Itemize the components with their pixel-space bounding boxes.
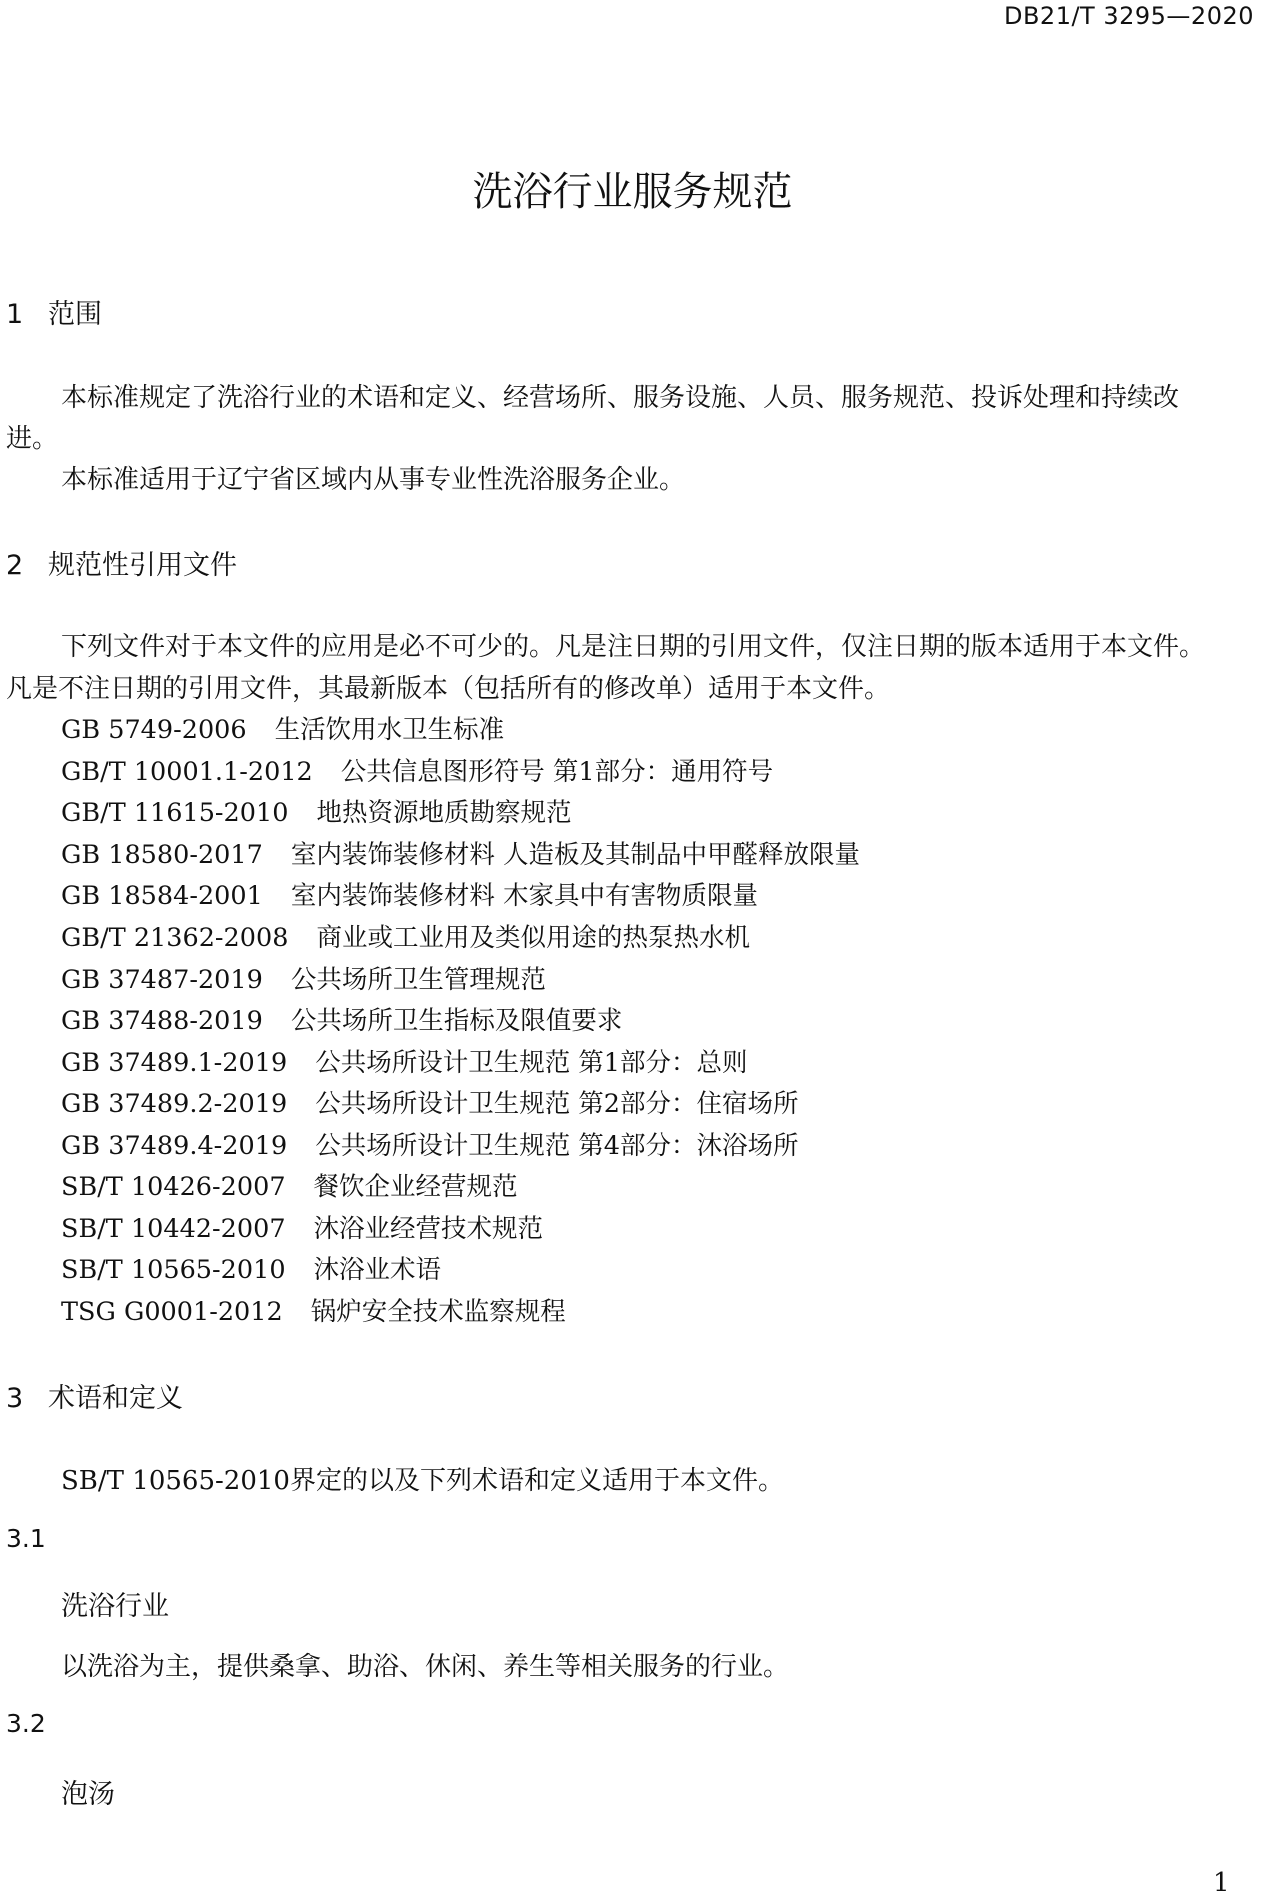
term-name: 洗浴行业 — [61, 1584, 169, 1623]
reference-title: 公共场所设计卫生规范 第2部分：住宿场所 — [315, 1089, 798, 1119]
reference-title: 室内装饰装修材料 人造板及其制品中甲醛释放限量 — [291, 840, 860, 870]
reference-item: GB 37488-2019公共场所卫生指标及限值要求 — [61, 1001, 622, 1037]
reference-code: SB/T 10565-2010 — [61, 1255, 286, 1285]
reference-item: GB 37489.2-2019公共场所设计卫生规范 第2部分：住宿场所 — [61, 1084, 799, 1120]
reference-title: 室内装饰装修材料 木家具中有害物质限量 — [291, 881, 758, 911]
paragraph: 本标准适用于辽宁省区域内从事专业性洗浴服务企业。 — [61, 459, 685, 496]
reference-item: SB/T 10442-2007沐浴业经营技术规范 — [61, 1209, 543, 1245]
section-number: 2 — [6, 550, 48, 581]
reference-code: GB/T 11615-2010 — [61, 798, 288, 828]
reference-code: GB 5749-2006 — [61, 715, 247, 745]
reference-title: 地热资源地质勘察规范 — [316, 798, 571, 828]
reference-item: SB/T 10426-2007餐饮企业经营规范 — [61, 1167, 518, 1203]
reference-item: GB 37487-2019公共场所卫生管理规范 — [61, 960, 546, 996]
paragraph: 下列文件对于本文件的应用是必不可少的。凡是注日期的引用文件，仅注日期的版本适用于… — [61, 626, 1205, 663]
paragraph: 本标准规定了洗浴行业的术语和定义、经营场所、服务设施、人员、服务规范、投诉处理和… — [61, 377, 1179, 414]
reference-item: GB 18580-2017室内装饰装修材料 人造板及其制品中甲醛释放限量 — [61, 835, 860, 871]
reference-title: 沐浴业经营技术规范 — [314, 1214, 544, 1244]
reference-code: GB 37487-2019 — [61, 965, 263, 995]
reference-code: GB 18584-2001 — [61, 881, 263, 911]
reference-title: 公共场所卫生管理规范 — [291, 965, 546, 995]
section-title: 范围 — [48, 299, 102, 330]
section-title: 术语和定义 — [48, 1383, 183, 1414]
reference-title: 餐饮企业经营规范 — [314, 1172, 518, 1202]
reference-code: GB 37489.2-2019 — [61, 1089, 287, 1119]
section-number: 3 — [6, 1383, 48, 1414]
section-number: 1 — [6, 299, 48, 330]
reference-item: TSG G0001-2012锅炉安全技术监察规程 — [61, 1292, 566, 1328]
reference-title: 公共场所卫生指标及限值要求 — [291, 1006, 623, 1036]
document-title: 洗浴行业服务规范 — [0, 160, 1265, 217]
section-3-heading: 3术语和定义 — [6, 1376, 183, 1415]
document-code-header: DB21/T 3295—2020 — [1004, 2, 1254, 30]
page-number: 1 — [1213, 1868, 1230, 1898]
section-1-heading: 1范围 — [6, 292, 102, 331]
section-title: 规范性引用文件 — [48, 550, 237, 581]
section-2-heading: 2规范性引用文件 — [6, 543, 237, 582]
term-number: 3.1 — [6, 1524, 46, 1553]
reference-item: GB/T 10001.1-2012公共信息图形符号 第1部分：通用符号 — [61, 752, 773, 788]
reference-code: GB/T 21362-2008 — [61, 923, 288, 953]
reference-title: 生活饮用水卫生标准 — [275, 715, 505, 745]
reference-title: 公共场所设计卫生规范 第4部分：沐浴场所 — [315, 1131, 798, 1161]
reference-code: SB/T 10442-2007 — [61, 1214, 286, 1244]
reference-item: GB/T 21362-2008商业或工业用及类似用途的热泵热水机 — [61, 918, 750, 954]
paragraph: 凡是不注日期的引用文件，其最新版本（包括所有的修改单）适用于本文件。 — [6, 668, 890, 705]
reference-title: 锅炉安全技术监察规程 — [311, 1297, 566, 1327]
term-number: 3.2 — [6, 1709, 46, 1738]
reference-code: TSG G0001-2012 — [61, 1297, 283, 1327]
term-definition: 以洗浴为主，提供桑拿、助浴、休闲、养生等相关服务的行业。 — [61, 1646, 789, 1683]
reference-title: 沐浴业术语 — [314, 1255, 442, 1285]
reference-code: GB 37489.1-2019 — [61, 1048, 287, 1078]
reference-item: SB/T 10565-2010沐浴业术语 — [61, 1250, 441, 1286]
paragraph: SB/T 10565-2010界定的以及下列术语和定义适用于本文件。 — [61, 1460, 784, 1497]
reference-code: GB/T 10001.1-2012 — [61, 757, 313, 787]
reference-code: GB 37488-2019 — [61, 1006, 263, 1036]
term-name: 泡汤 — [61, 1772, 115, 1811]
reference-item: GB 37489.4-2019公共场所设计卫生规范 第4部分：沐浴场所 — [61, 1126, 799, 1162]
reference-title: 商业或工业用及类似用途的热泵热水机 — [316, 923, 750, 953]
reference-code: GB 37489.4-2019 — [61, 1131, 287, 1161]
reference-item: GB/T 11615-2010地热资源地质勘察规范 — [61, 793, 571, 829]
reference-item: GB 5749-2006生活饮用水卫生标准 — [61, 710, 504, 746]
paragraph-continuation: 进。 — [6, 418, 58, 455]
reference-item: GB 18584-2001室内装饰装修材料 木家具中有害物质限量 — [61, 876, 758, 912]
reference-code: GB 18580-2017 — [61, 840, 263, 870]
reference-title: 公共场所设计卫生规范 第1部分：总则 — [315, 1048, 747, 1078]
reference-item: GB 37489.1-2019公共场所设计卫生规范 第1部分：总则 — [61, 1043, 748, 1079]
reference-code: SB/T 10426-2007 — [61, 1172, 286, 1202]
reference-title: 公共信息图形符号 第1部分：通用符号 — [341, 757, 773, 787]
